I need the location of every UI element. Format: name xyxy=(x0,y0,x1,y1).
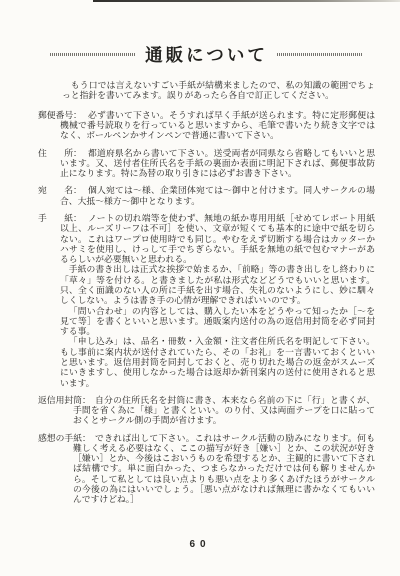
section-label-colon: ： xyxy=(82,433,91,443)
section: 感想の手紙： できれば出して下さい。これはサークル活動の励みになります。何も難し… xyxy=(38,433,375,505)
section-paragraph: 「問い合わせ」の内容としては、購入したい本をどうやって知ったか［～を見て等］を書… xyxy=(60,306,375,337)
scanned-document-page: 通販について もう口では言えないすごい手紙が結構来ましたので、私の知識の範囲でち… xyxy=(0,0,400,576)
section-label: 住所： xyxy=(38,148,82,158)
section-paragraph: できれば出して下さい。これはサークル活動の励みになります。何も難しく考える必要は… xyxy=(73,433,375,505)
section-label-text: 手紙 xyxy=(38,213,73,223)
section-label-text: 感想の手紙 xyxy=(38,433,82,443)
section-paragraph: 都道府県名から書いて下さい。送受両者が同県なら省略してもいいと思います。又、送付… xyxy=(60,148,375,179)
section-body: 必ず書いて下さい。そうすれば早く手紙が送られます。特に定形郵便は機械で番号読取り… xyxy=(38,110,375,141)
title-row: 通販について xyxy=(38,42,375,67)
title-rule-left xyxy=(50,53,136,56)
section-label: 返信用封筒： xyxy=(38,395,91,405)
section-label: 手紙： xyxy=(38,213,82,223)
section-paragraph: ノートの切れ端等を使わず、無地の紙か専用用紙［せめてレポート用紙以上、ルーズリー… xyxy=(60,213,375,264)
section-label-colon: ： xyxy=(73,185,82,195)
section-body: できれば出して下さい。これはサークル活動の励みになります。何も難しく考える必要は… xyxy=(38,433,375,505)
section-label-text: 住所 xyxy=(38,148,73,158)
section-paragraph: 個人宛ては～様、企業団体宛ては～御中と付けます。同人サークルの場合、大抵～様方～… xyxy=(60,185,375,206)
section: 宛名： 個人宛ては～様、企業団体宛ては～御中と付けます。同人サークルの場合、大抵… xyxy=(38,185,375,206)
section-label-text: 宛名 xyxy=(38,185,73,195)
page-title: 通販について xyxy=(145,42,268,67)
section-body: ノートの切れ端等を使わず、無地の紙か専用用紙［せめてレポート用紙以上、ルーズリー… xyxy=(38,213,375,388)
section-paragraph: 「申し込み」は、品名・冊数・入金額・注文者住所氏名を明記して下さい。もし事前に案… xyxy=(60,336,375,387)
page-number: 60 xyxy=(0,539,400,550)
section: 住所： 都道府県名から書いて下さい。送受両者が同県なら省略してもいいと思います。… xyxy=(38,148,375,179)
section-paragraph: 必ず書いて下さい。そうすれば早く手紙が送られます。特に定形郵便は機械で番号読取り… xyxy=(60,110,375,141)
section-paragraph: 手紙の書き出しは正式な挨拶で始まるか、「前略」等の書き出しをし終わりに「草々」等… xyxy=(60,264,375,305)
section-label: 感想の手紙： xyxy=(38,433,91,443)
section: 返信用封筒： 自分の住所氏名を封筒に書き、本来なら名前の下に「行」と書くが、手間… xyxy=(38,395,375,426)
section-paragraph: 自分の住所氏名を封筒に書き、本来なら名前の下に「行」と書くが、手間を省く為に「様… xyxy=(73,395,375,426)
page-content: 通販について もう口では言えないすごい手紙が結構来ましたので、私の知識の範囲でち… xyxy=(0,42,400,505)
section-label-text: 郵便番号 xyxy=(38,110,73,120)
section-label: 宛名： xyxy=(38,185,82,195)
section-label-colon: ： xyxy=(73,110,82,120)
section: 手紙： ノートの切れ端等を使わず、無地の紙か専用用紙［せめてレポート用紙以上、ル… xyxy=(38,213,375,388)
sections-list: 郵便番号： 必ず書いて下さい。そうすれば早く手紙が送られます。特に定形郵便は機械… xyxy=(38,110,375,505)
section-body: 都道府県名から書いて下さい。送受両者が同県なら省略してもいいと思います。又、送付… xyxy=(38,148,375,179)
section-label: 郵便番号： xyxy=(38,110,82,120)
scan-top-edge-shadow xyxy=(93,0,400,2)
section-label-colon: ： xyxy=(82,395,91,405)
section-label-colon: ： xyxy=(73,148,82,158)
intro-paragraph: もう口では言えないすごい手紙が結構来ましたので、私の知識の範囲でちょっと指針を書… xyxy=(62,80,375,101)
title-rule-right xyxy=(277,53,363,56)
section-body: 個人宛ては～様、企業団体宛ては～御中と付けます。同人サークルの場合、大抵～様方～… xyxy=(38,185,375,206)
section: 郵便番号： 必ず書いて下さい。そうすれば早く手紙が送られます。特に定形郵便は機械… xyxy=(38,110,375,141)
section-label-text: 返信用封筒 xyxy=(38,395,82,405)
section-label-colon: ： xyxy=(73,213,82,223)
